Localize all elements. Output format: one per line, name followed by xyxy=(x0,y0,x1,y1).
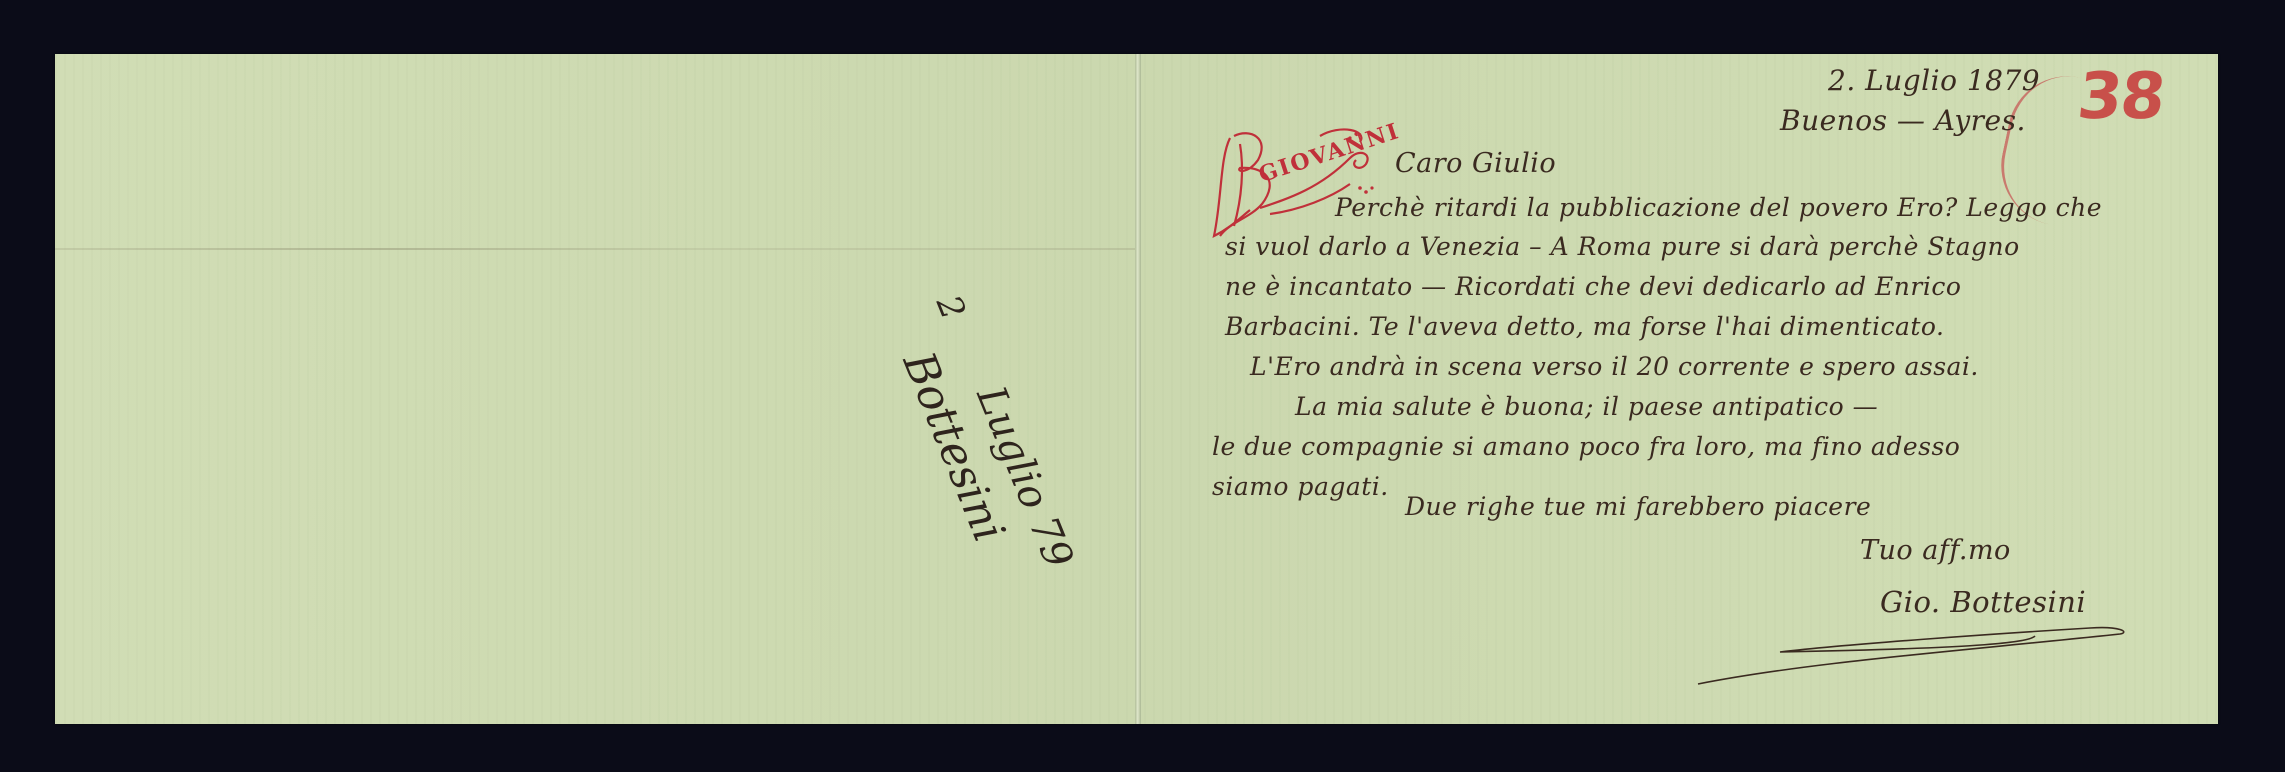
body-line: ne è incantato — Ricordati che devi dedi… xyxy=(1225,272,1961,301)
horizontal-crease xyxy=(55,248,1135,250)
signature: Gio. Bottesini xyxy=(1880,585,2086,619)
archive-number: 38 xyxy=(2074,60,2167,134)
center-fold xyxy=(1135,54,1141,724)
signature-flourish-icon xyxy=(1690,622,2130,692)
body-line: L'Ero andrà in scena verso il 20 corrent… xyxy=(1250,352,1979,381)
body-line: si vuol darlo a Venezia – A Roma pure si… xyxy=(1225,232,2020,261)
body-line: le due compagnie si amano poco fra loro,… xyxy=(1212,432,1960,461)
letter-place: Buenos — Ayres. xyxy=(1780,104,2026,137)
body-line: siamo pagati. xyxy=(1212,472,1389,501)
body-line: Barbacini. Te l'aveva detto, ma forse l'… xyxy=(1225,312,1944,341)
body-line: La mia salute è buona; il paese antipati… xyxy=(1295,392,1878,421)
valediction: Tuo aff.mo xyxy=(1860,535,2011,566)
monogram-letterhead: GIOVANNI xyxy=(1200,118,1380,248)
salutation: Caro Giulio xyxy=(1395,148,1556,179)
letter-date: 2. Luglio 1879 xyxy=(1828,64,2040,97)
body-line: Perchè ritardi la pubblicazione del pove… xyxy=(1335,193,2102,222)
body-line: Due righe tue mi farebbero piacere xyxy=(1405,492,1871,521)
